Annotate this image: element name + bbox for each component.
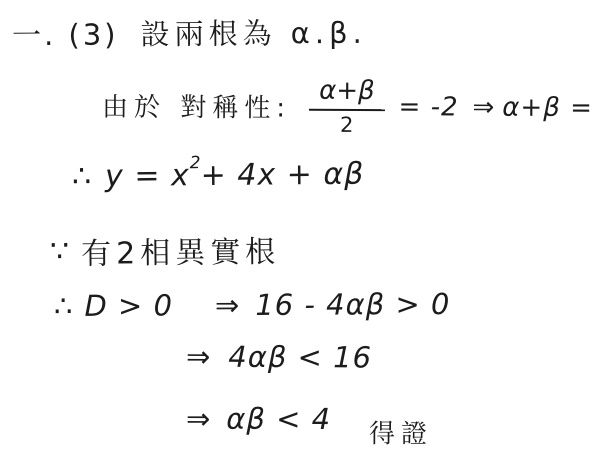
symmetry-prefix: 由於 對稱性: — [102, 87, 291, 125]
qed-text: 得證 — [369, 413, 433, 450]
discriminant-inequality: 16 - 4αβ > 0 — [255, 287, 450, 322]
conclusion-inequality: αβ < 4 — [226, 401, 331, 435]
implies-arrow: ⇒ — [472, 92, 494, 122]
fraction: α+β 2 — [309, 76, 385, 137]
symmetry-result: α+β = -4 — [502, 92, 600, 123]
step2-inequality: 4αβ < 16 — [228, 340, 372, 375]
line-symmetry: 由於 對稱性: α+β 2 = -2 ⇒ α+β = -4 — [102, 75, 600, 139]
roots-condition-text: 有2相異實根 — [81, 227, 281, 273]
quadratic-rhs: + 4x + αβ — [200, 157, 364, 193]
quadratic-lhs: y = x — [105, 158, 190, 194]
line-setup: 一. (3) 設兩根為 α.β. — [12, 11, 367, 54]
therefore-symbol: ∴ — [54, 289, 73, 323]
discriminant-condition: D > 0 — [84, 288, 173, 322]
line-step2: ⇒ 4αβ < 16 — [186, 340, 372, 375]
line-quadratic: ∴ y = x 2 + 4x + αβ — [72, 157, 365, 195]
implies-arrow: ⇒ — [186, 340, 210, 374]
symmetry-equals: = -2 — [398, 92, 458, 122]
line-conclusion: ⇒ αβ < 4 得證 — [186, 400, 433, 438]
implies-arrow: ⇒ — [215, 288, 239, 322]
therefore-symbol: ∴ — [72, 159, 91, 194]
setup-text: 設兩根為 α.β. — [140, 11, 367, 54]
fraction-numerator: α+β — [309, 76, 385, 111]
line-discriminant: ∴ D > 0 ⇒ 16 - 4αβ > 0 — [54, 287, 451, 323]
fraction-denominator: 2 — [340, 111, 354, 137]
handwritten-note-page: 一. (3) 設兩根為 α.β. 由於 對稱性: α+β 2 = -2 ⇒ α+… — [0, 0, 600, 463]
exponent: 2 — [190, 153, 201, 173]
problem-number: 一. (3) — [12, 12, 119, 54]
line-roots-condition: ∵ 有2相異實根 — [50, 227, 281, 273]
because-symbol: ∵ — [50, 234, 69, 269]
implies-arrow: ⇒ — [186, 401, 210, 435]
